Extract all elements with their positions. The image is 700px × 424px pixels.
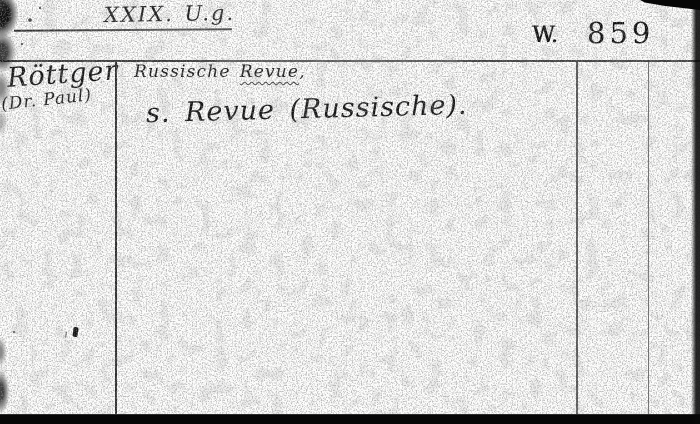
column-divider-left [115,62,117,415]
column-divider-right [576,62,578,415]
scan-artifact-top-left [0,0,54,150]
entry-title-emphasized: Revue [240,62,299,82]
scan-artifact-bottom-left [0,320,32,416]
entry-title-comma: , [299,62,306,82]
scan-edge-right [691,0,700,424]
scan-edge-top-right [640,0,700,10]
entry-title-prefix: Russische [134,62,231,82]
entry-title: RussischeRevue, [134,62,306,82]
classification-mark: XXIX. U.g. [104,1,235,27]
ink-blot [72,327,78,338]
column-divider-far-right [648,62,649,415]
catalog-number: 859 [587,16,654,50]
scan-edge-bottom [0,414,700,424]
catalog-card: XXIX. U.g. W. 859 Röttger (Dr. Paul) Rus… [0,0,700,424]
series-letter: W. [532,23,558,48]
header-rule [0,60,700,62]
cross-reference-line: s. Revue (Russische). [146,90,468,129]
